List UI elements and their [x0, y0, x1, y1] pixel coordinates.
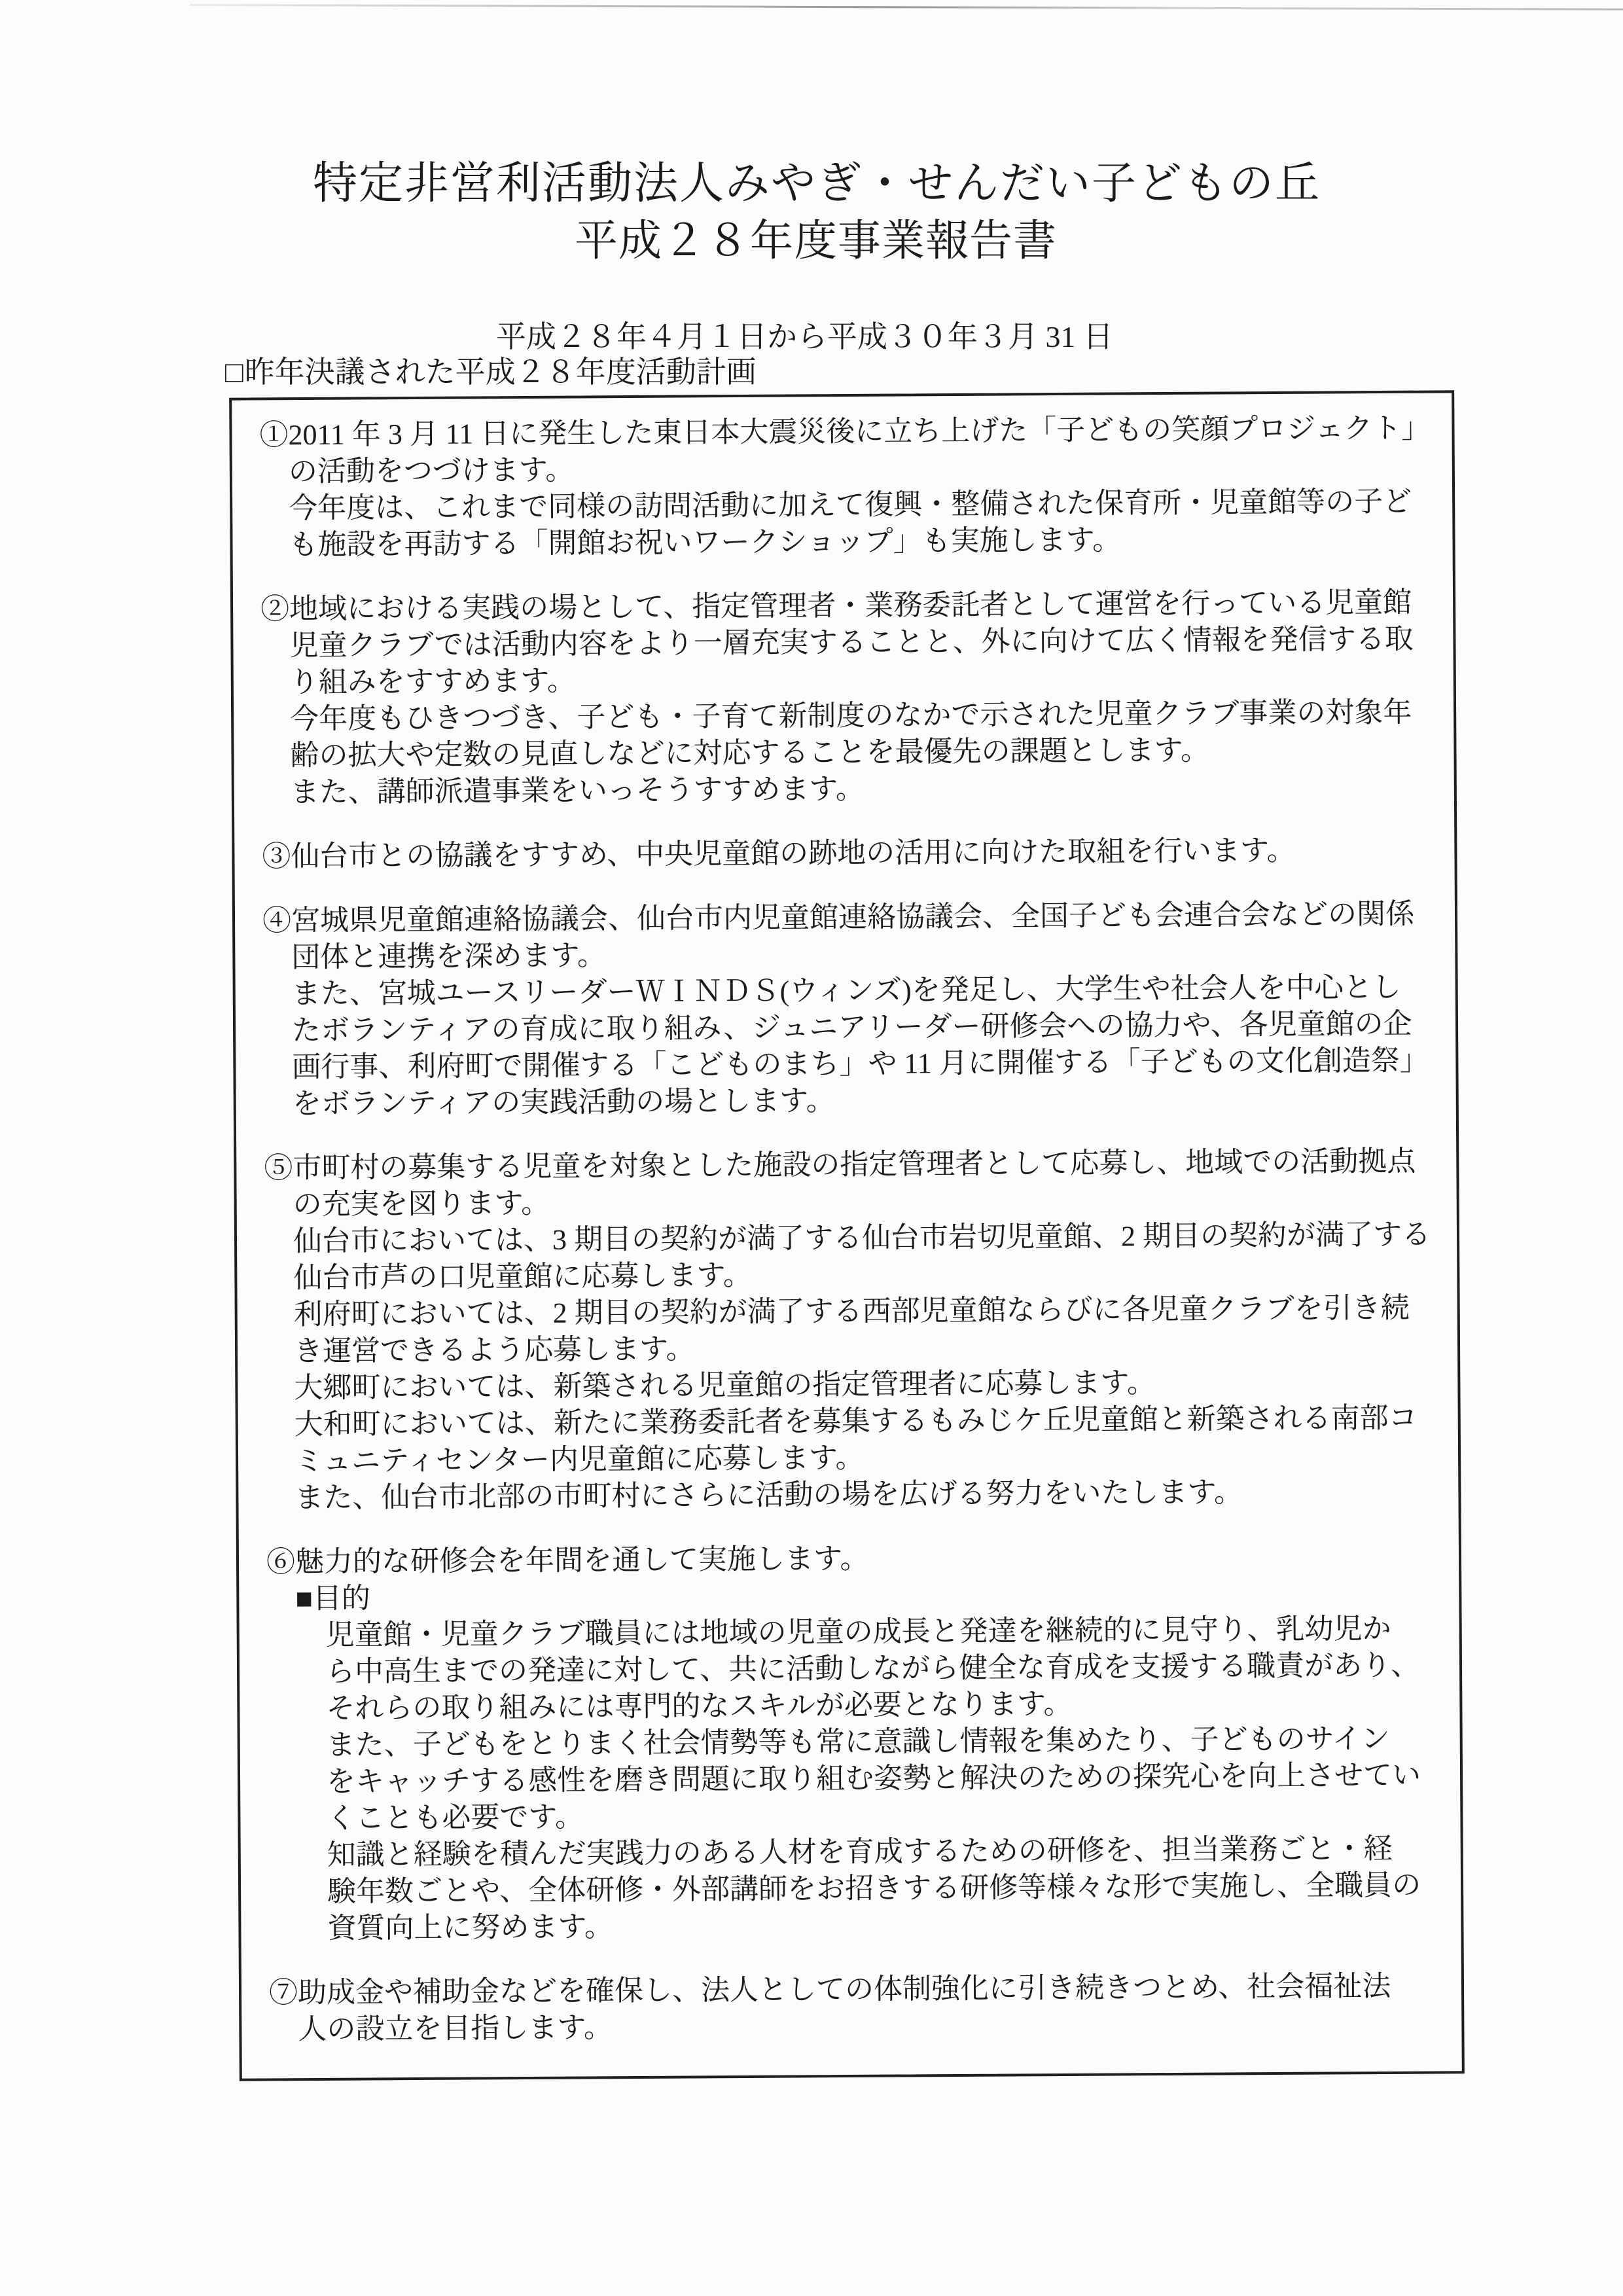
plan-line: 画行事、利府町で開催する「こどものまち」や 11 月に開催する「子どもの文化創造… [263, 1042, 1437, 1086]
plan-line: 利府町においては、2 期目の契約が満了する西部児童館ならびに各児童クラブを引き続 [265, 1289, 1439, 1333]
plan-item: ⑦助成金や補助金などを確保し、法人としての体制強化に引き続きつとめ、社会福祉法人… [269, 1967, 1444, 2048]
plan-line: また、仙台市北部の市町村にさらに活動の場を広げる努力をいたします。 [266, 1473, 1440, 1516]
plan-line: ④宮城県児童館連絡協議会、仙台市内児童館連絡協議会、全国子ども会連合会などの関係 [262, 895, 1436, 939]
plan-item: ②地域における実践の場として、指定管理者・業務委託者として運営を行っている児童館… [260, 584, 1436, 811]
plan-item: ⑥魅力的な研修会を年間を通して実施します。■目的児童館・児童クラブ職員には地域の… [266, 1537, 1443, 1947]
plan-item: ④宮城県児童館連絡協議会、仙台市内児童館連絡協議会、全国子ども会連合会などの関係… [262, 895, 1438, 1122]
plan-line: 今年度もひきつづき、子ども・子育て新制度のなかで示された児童クラブ事業の対象年 [261, 694, 1435, 738]
plan-line: 仙台市においては、3 期目の契約が満了する仙台市岩切児童館、2 期目の契約が満了… [264, 1216, 1438, 1260]
scan-artifact-line [190, 4, 1623, 10]
plan-line: ⑦助成金や補助金などを確保し、法人としての体制強化に引き続きつとめ、社会福祉法 [269, 1967, 1443, 2011]
plan-item: ⑤市町村の募集する児童を対象とした施設の指定管理者として応募し、地域での活動拠点… [264, 1143, 1440, 1516]
plan-line: ⑤市町村の募集する児童を対象とした施設の指定管理者として応募し、地域での活動拠点 [264, 1143, 1438, 1187]
plan-line: 人の設立を目指します。 [269, 2004, 1443, 2048]
plan-line: ③仙台市との協議をすすめ、中央児童館の跡地の活用に向けた取組を行います。 [262, 831, 1436, 875]
plan-line: また、講師派遣事業をいっそうすすめます。 [262, 767, 1436, 811]
section-heading-text: 昨年決議された平成２８年度活動計画 [245, 355, 757, 389]
plan-line: ら中高生までの発達に対して、共に活動しながら健全な育成を支援する職責があり、 [267, 1647, 1441, 1691]
plan-line: 児童クラブでは活動内容をより一層充実することと、外に向けて広く情報を発信する取 [260, 620, 1435, 664]
checkbox-icon: □ [225, 355, 243, 389]
plan-box-content: ①2011 年 3 月 11 日に発生した東日本大震災後に立ち上げた「子どもの笑… [259, 410, 1443, 2049]
plan-item: ③仙台市との協議をすすめ、中央児童館の跡地の活用に向けた取組を行います。 [262, 831, 1436, 875]
plan-line: 験年数ごとや、全体研修・外部講師をお招きする研修等様々な形で実施し、全職員の [268, 1867, 1442, 1910]
section-heading: □昨年決議された平成２８年度活動計画 [225, 353, 757, 391]
plan-line: も施設を再訪する「開館お祝いワークショップ」も実施します。 [260, 520, 1434, 564]
report-period: 平成２８年４月１日から平成３０年３月 31 日 [496, 318, 1113, 356]
report-title: 特定非営利活動法人みやぎ・せんだい子どもの丘 [313, 156, 1321, 211]
plan-line: ①2011 年 3 月 11 日に発生した東日本大震災後に立ち上げた「子どもの笑… [259, 410, 1433, 454]
plan-item: ①2011 年 3 月 11 日に発生した東日本大震災後に立ち上げた「子どもの笑… [259, 410, 1434, 564]
plan-box: ①2011 年 3 月 11 日に発生した東日本大震災後に立ち上げた「子どもの笑… [229, 390, 1465, 2081]
plan-line: をボランティアの実践活動の場とします。 [264, 1079, 1438, 1122]
report-subtitle: 平成２８年度事業報告書 [575, 215, 1057, 268]
plan-line: 今年度は、これまで同様の訪問活動に加えて復興・整備された保育所・児童館等の子ど [260, 483, 1434, 527]
page: 特定非営利活動法人みやぎ・せんだい子どもの丘 平成２８年度事業報告書 平成２８年… [0, 0, 1623, 2296]
plan-line: をキャッチする感性を磨き問題に取り組む姿勢と解決のための探究心を向上させてい [268, 1757, 1442, 1801]
plan-line: 資質向上に努めます。 [268, 1903, 1442, 1947]
plan-line: 大和町においては、新たに業務委託者を募集するもみじケ丘児童館と新築される南部コ [266, 1399, 1440, 1443]
